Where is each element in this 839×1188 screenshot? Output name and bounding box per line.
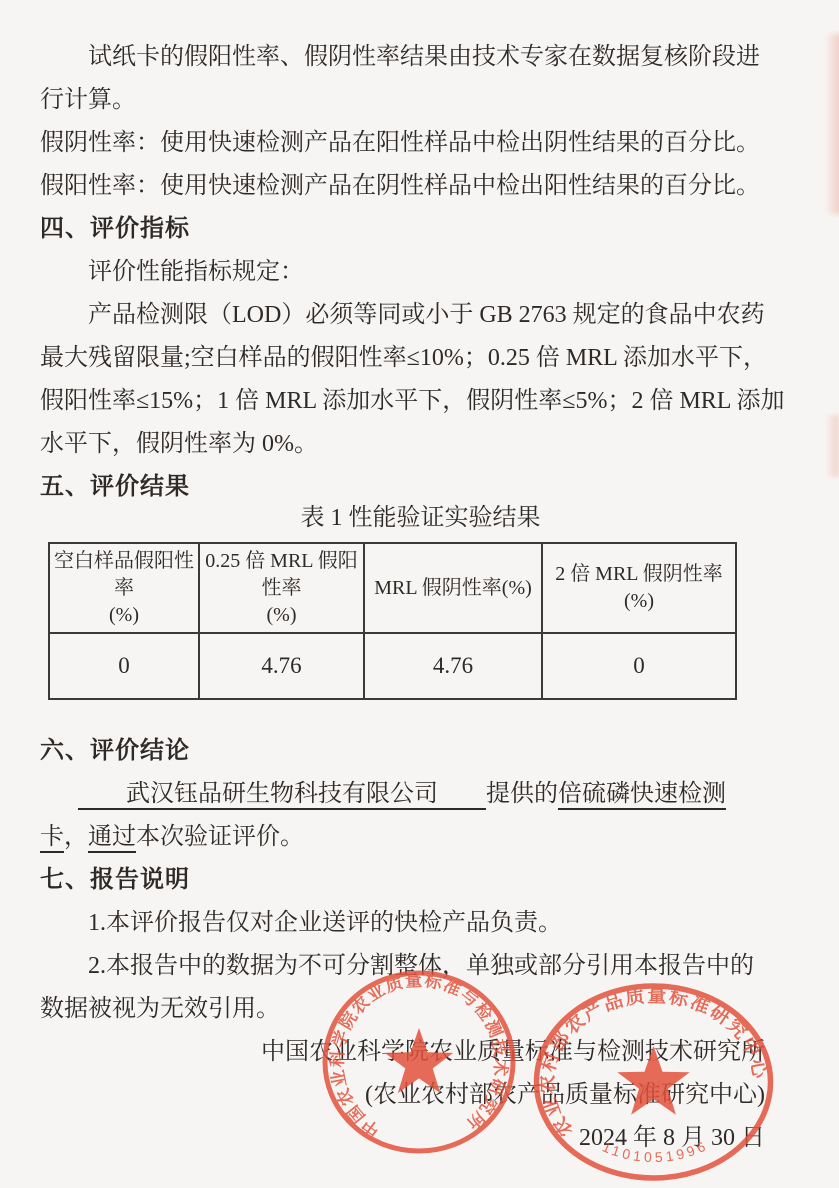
- section6-heading: 六、评价结论: [40, 730, 801, 773]
- comma-text: ，: [64, 824, 88, 850]
- company-name-underlined: 武汉钰品研生物科技有限公司: [78, 781, 486, 807]
- section4-heading: 四、评价指标: [40, 208, 801, 251]
- table-header-row: 空白样品假阳性率 (%) 0.25 倍 MRL 假阳性率 (%) MRL 假阴性…: [49, 543, 736, 633]
- signature-date: 2024 年 8 月 30 日: [40, 1117, 801, 1160]
- conclusion-line2: 卡，通过本次验证评价。: [40, 816, 801, 859]
- header-text: 0.25 倍 MRL 假阳性率: [200, 548, 363, 602]
- section4-line2: 产品检测限（LOD）必须等同或小于 GB 2763 规定的食品中农药: [40, 294, 801, 337]
- section4-line4: 假阳性率≤15%；1 倍 MRL 添加水平下，假阴性率≤5%；2 倍 MRL 添…: [40, 380, 801, 423]
- section4-line1: 评价性能指标规定：: [40, 251, 801, 294]
- signature-organization: 中国农业科学院农业质量标准与检测技术研究所: [40, 1031, 801, 1074]
- header-text: (%): [267, 602, 297, 629]
- intro-paragraph-line1: 试纸卡的假阳性率、假阴性率结果由技术专家在数据复核阶段进: [40, 36, 801, 79]
- report-page: 试纸卡的假阳性率、假阴性率结果由技术专家在数据复核阶段进 行计算。 假阴性率：使…: [0, 0, 839, 1188]
- header-text: MRL 假阴性率(%): [374, 575, 532, 602]
- product-name-underlined: 倍硫磷快速检测: [558, 781, 726, 807]
- conclusion-middle-text: 提供的: [486, 781, 558, 807]
- header-text: 空白样品假阳性率: [50, 548, 198, 602]
- conclusion-rest-text: 本次验证评价。: [136, 824, 304, 850]
- conclusion-line1: 武汉钰品研生物科技有限公司 提供的倍硫磷快速检测: [40, 773, 801, 816]
- false-negative-definition: 假阴性率：使用快速检测产品在阳性样品中检出阴性结果的百分比。: [40, 122, 801, 165]
- table-header-double-mrl-fn: 2 倍 MRL 假阴性率(%): [542, 543, 736, 633]
- section4-line5: 水平下，假阴性率为 0%。: [40, 423, 801, 466]
- card-char-underlined: 卡: [40, 824, 64, 850]
- intro-paragraph-line2: 行计算。: [40, 79, 801, 122]
- report-note-2-line1: 2.本报告中的数据为不可分割整体，单独或部分引用本报告中的: [40, 945, 801, 988]
- pass-word-underlined: 通过: [88, 824, 136, 850]
- table-value-row: 0 4.76 4.76 0: [49, 633, 736, 699]
- report-body: 试纸卡的假阳性率、假阴性率结果由技术专家在数据复核阶段进 行计算。 假阴性率：使…: [0, 0, 839, 1160]
- table-cell-quarter-mrl-fp: 4.76: [199, 633, 364, 699]
- section4-line3: 最大残留限量;空白样品的假阳性率≤10%；0.25 倍 MRL 添加水平下，: [40, 337, 801, 380]
- report-note-1: 1.本评价报告仅对企业送评的快检产品负责。: [40, 902, 801, 945]
- table-cell-blank-fp: 0: [49, 633, 199, 699]
- header-text: 2 倍 MRL 假阴性率(%): [543, 561, 735, 615]
- table-header-blank-fp: 空白样品假阳性率 (%): [49, 543, 199, 633]
- header-text: (%): [109, 602, 139, 629]
- section7-heading: 七、报告说明: [40, 859, 801, 902]
- results-table: 空白样品假阳性率 (%) 0.25 倍 MRL 假阳性率 (%) MRL 假阴性…: [48, 542, 737, 700]
- table-header-mrl-fn: MRL 假阴性率(%): [364, 543, 542, 633]
- table-cell-double-mrl-fn: 0: [542, 633, 736, 699]
- signature-sub-organization: (农业农村部农产品质量标准研究中心): [40, 1074, 801, 1117]
- report-note-2-line2: 数据被视为无效引用。: [40, 988, 801, 1031]
- false-positive-definition: 假阳性率：使用快速检测产品在阴性样品中检出阳性结果的百分比。: [40, 165, 801, 208]
- table-cell-mrl-fn: 4.76: [364, 633, 542, 699]
- table-header-quarter-mrl-fp: 0.25 倍 MRL 假阳性率 (%): [199, 543, 364, 633]
